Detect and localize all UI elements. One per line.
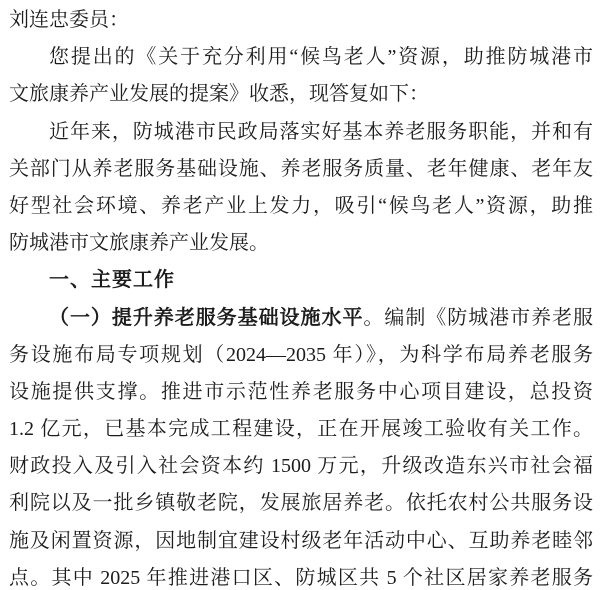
salutation-line: 刘连忠委员： — [9, 2, 593, 39]
section-heading: 一、主要工作 — [9, 262, 593, 299]
subsection-heading-run: （一）提升养老服务基础设施水平 — [49, 307, 363, 329]
paragraph-line: 关部门从养老服务基础设施、养老服务质量、老年健康、老年友 — [9, 151, 593, 188]
paragraph-line: 设施提供支撑。推进市示范性养老服务中心项目建设，总投资 — [9, 374, 593, 411]
subsection-line: （一）提升养老服务基础设施水平。编制《防城港市养老服 — [9, 300, 593, 337]
paragraph-line: 防城港市文旅康养产业发展。 — [9, 225, 593, 262]
paragraph-line: 务设施布局专项规划（2024—2035 年）》，为科学布局养老服务 — [9, 337, 593, 374]
paragraph-line: 施及闲置资源，因地制宜建设村级老年活动中心、互助养老睦邻 — [9, 523, 593, 560]
document-page: 刘连忠委员： 您提出的《关于充分利用“候鸟老人”资源，助推防城港市 文旅康养产业… — [0, 0, 601, 590]
paragraph-line: 点。其中 2025 年推进港口区、防城区共 5 个社区居家养老服务 — [9, 560, 593, 590]
paragraph-line: 文旅康养产业发展的提案》收悉，现答复如下： — [9, 76, 593, 113]
paragraph-line: 财政投入及引入社会资本约 1500 万元，升级改造东兴市社会福 — [9, 448, 593, 485]
paragraph-line: 您提出的《关于充分利用“候鸟老人”资源，助推防城港市 — [9, 39, 593, 76]
paragraph-line: 好型社会环境、养老产业上发力，吸引“候鸟老人”资源，助推 — [9, 188, 593, 225]
body-text-run: 。编制《防城港市养老服 — [363, 307, 593, 329]
paragraph-line: 1.2 亿元，已基本完成工程建设，正在开展竣工验收有关工作。 — [9, 411, 593, 448]
paragraph-line: 近年来，防城港市民政局落实好基本养老服务职能，并和有 — [9, 114, 593, 151]
paragraph-line: 利院以及一批乡镇敬老院，发展旅居养老。依托农村公共服务设 — [9, 485, 593, 522]
